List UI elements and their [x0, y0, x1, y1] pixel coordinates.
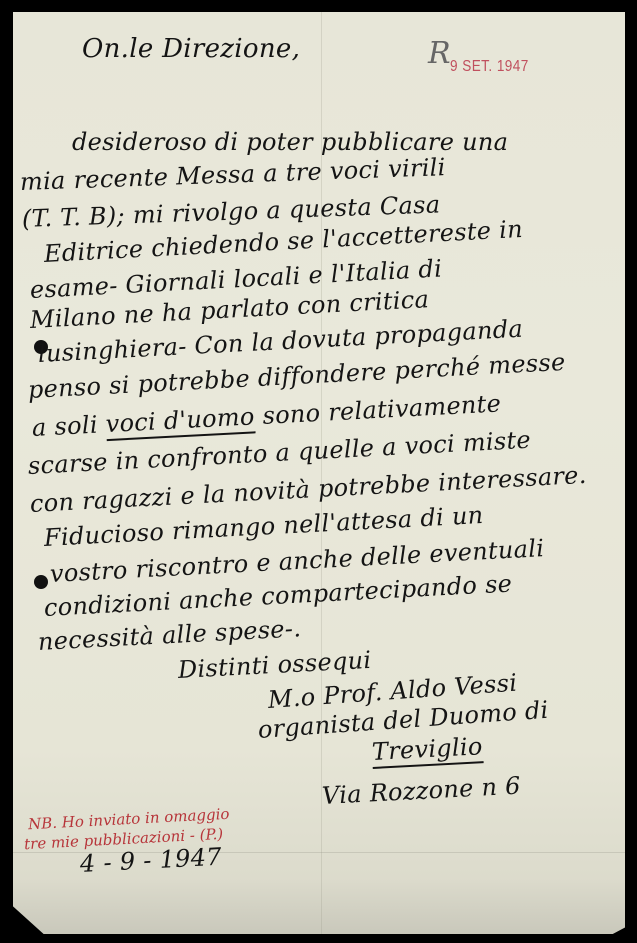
- punch-hole-bottom: [34, 575, 48, 589]
- body-line-1: desideroso di poter pubblicare una: [72, 128, 508, 156]
- salutation: On.le Direzione,: [82, 34, 300, 64]
- received-date-stamp: 9 SET. 1947: [450, 58, 529, 76]
- signature-place: Treviglio: [371, 732, 483, 769]
- stamp-initial: R: [428, 36, 451, 71]
